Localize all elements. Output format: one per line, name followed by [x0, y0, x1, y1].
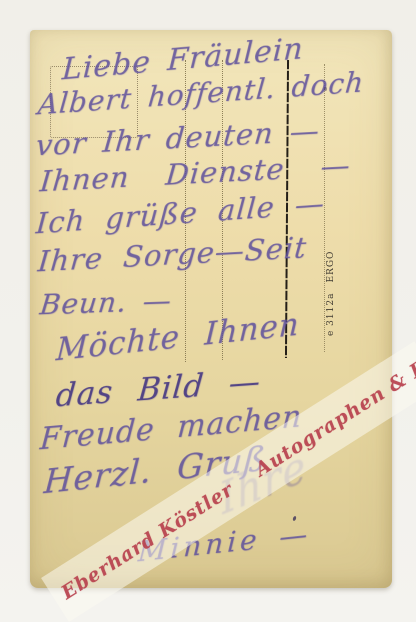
ink-speck-2: [324, 87, 327, 91]
imprint-brand: ERGO: [326, 251, 336, 283]
imprint-code: e 3112a: [326, 293, 336, 336]
handwriting-signature: Minnie —: [137, 517, 312, 569]
ergo-imprint: e 3112a ERGO: [326, 206, 341, 336]
handwriting-line-7: Beun. —: [38, 283, 173, 321]
postcard-back: e 3112a ERGO Liebe Fräulein Albert hoffe…: [30, 30, 392, 588]
